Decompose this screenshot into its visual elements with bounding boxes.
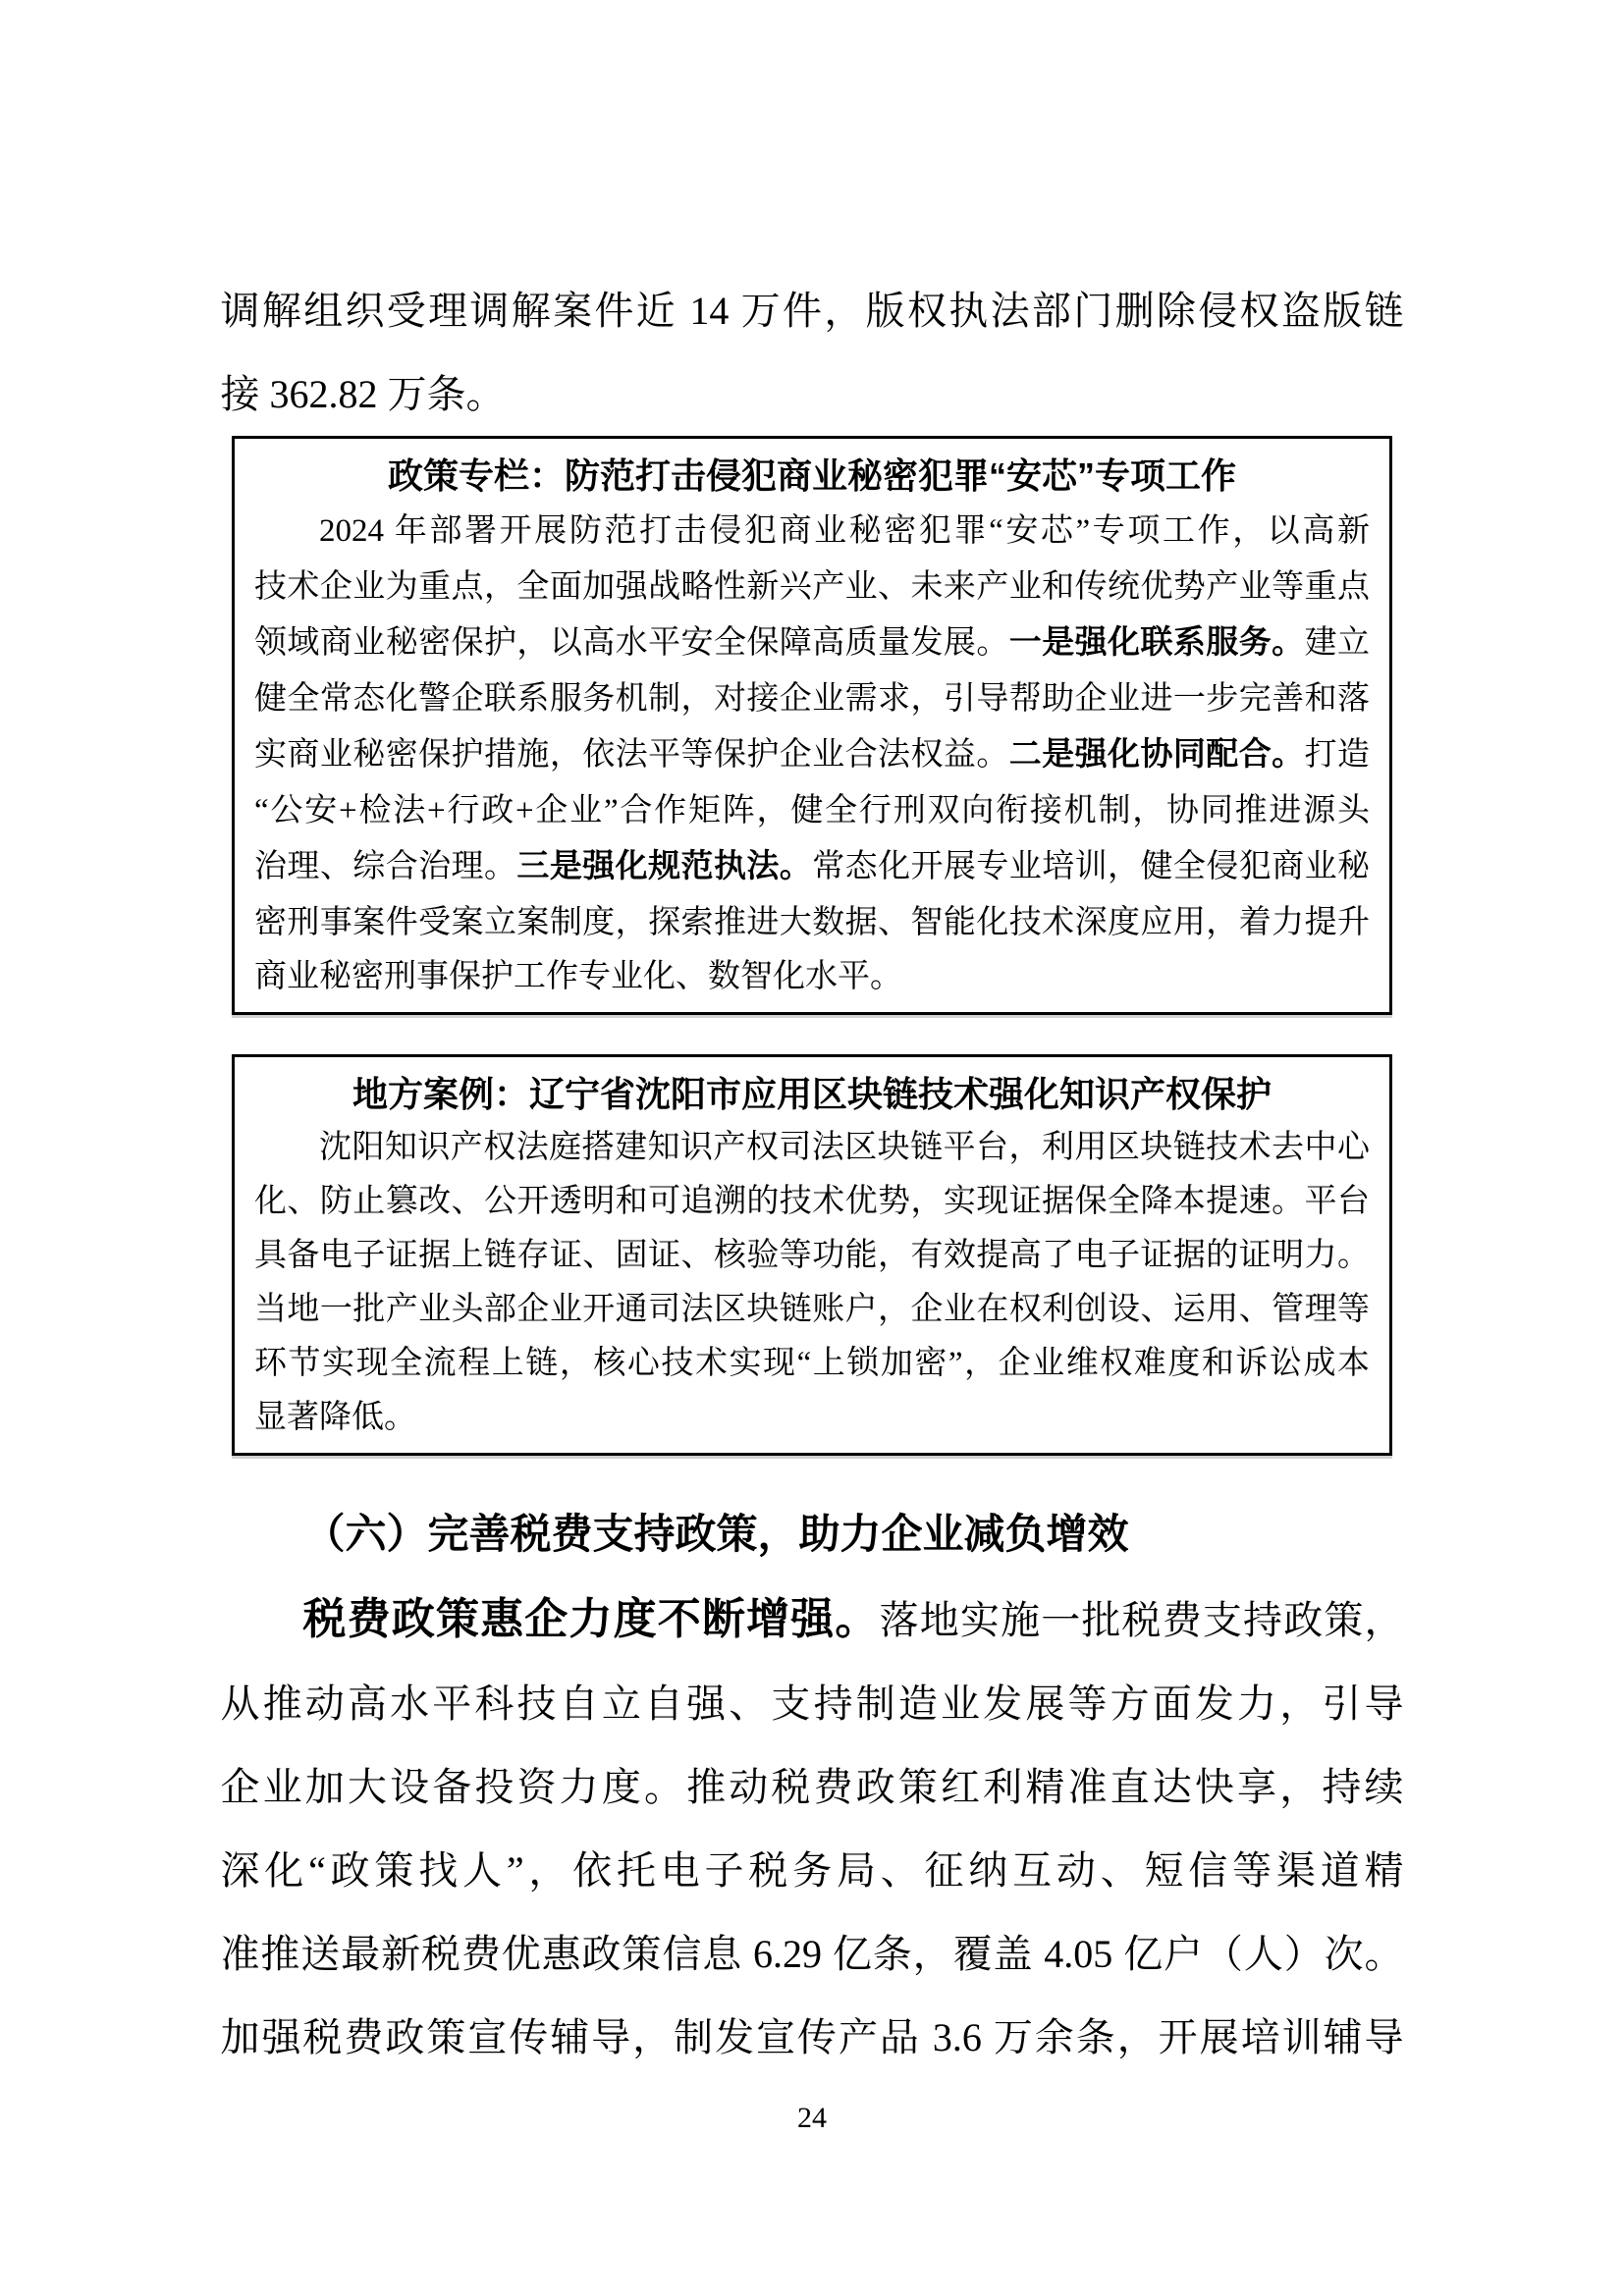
page-content: 调解组织受理调解案件近 14 万件，版权执法部门删除侵权盗版链 接 362.82…	[221, 0, 1404, 2079]
page-number: 24	[0, 2101, 1624, 2136]
line-bold-text: 一是强化联系服务。	[1009, 623, 1305, 660]
policy-box-line: 实商业秘密保护措施，依法平等保护企业合法权益。二是强化协同配合。打造	[254, 726, 1370, 782]
policy-box-line: “公安+检法+行政+企业”合作矩阵，健全行刑双向衔接机制，协同推进源头	[254, 782, 1370, 838]
policy-box-line: 2024 年部署开展防范打击侵犯商业秘密犯罪“安芯”专项工作，以高新	[254, 503, 1370, 559]
line-text: 建立	[1305, 625, 1370, 661]
line-text: 打造	[1305, 737, 1370, 773]
case-box-line: 显著降低。	[254, 1391, 1370, 1445]
section-heading: （六）完善税费支持政策，助力企业减负增效	[221, 1494, 1404, 1577]
intro-line: 接 362.82 万条。	[221, 352, 1404, 436]
intro-paragraph: 调解组织受理调解案件近 14 万件，版权执法部门删除侵权盗版链 接 362.82…	[221, 269, 1404, 436]
line-text: 常态化开展专业培训，健全侵犯商业秘	[812, 849, 1370, 884]
policy-box-line: 技术企业为重点，全面加强战略性新兴产业、未来产业和传统优势产业等重点	[254, 559, 1370, 614]
intro-line: 调解组织受理调解案件近 14 万件，版权执法部门删除侵权盗版链	[221, 269, 1404, 352]
case-box-line: 当地一批产业头部企业开通司法区块链账户，企业在权利创设、运用、管理等	[254, 1283, 1370, 1337]
tax-line: 从推动高水平科技自立自强、支持制造业发展等方面发力，引导	[221, 1662, 1404, 1745]
line-text: 技术企业为重点，全面加强战略性新兴产业、未来产业和传统优势产业等重点	[254, 569, 1370, 605]
line-text: 健全常态化警企联系服务机制，对接企业需求，引导帮助企业进一步完善和落	[254, 681, 1370, 717]
case-box-title: 地方案例：辽宁省沈阳市应用区块链技术强化知识产权保护	[254, 1067, 1370, 1121]
line-bold-text: 二是强化协同配合。	[1009, 735, 1305, 772]
case-box: 地方案例：辽宁省沈阳市应用区块链技术强化知识产权保护 沈阳知识产权法庭搭建知识产…	[232, 1054, 1392, 1456]
case-box-line: 环节实现全流程上链，核心技术实现“上锁加密”，企业维权难度和诉讼成本	[254, 1337, 1370, 1391]
tax-line: 深化“政策找人”，依托电子税务局、征纳互动、短信等渠道精	[221, 1829, 1404, 1912]
line-text: 落地实施一批税费支持政策，	[880, 1598, 1404, 1642]
tax-line: 企业加大设备投资力度。推动税费政策红利精准直达快享，持续	[221, 1745, 1404, 1829]
tax-paragraph: 税费政策惠企力度不断增强。落地实施一批税费支持政策， 从推动高水平科技自立自强、…	[221, 1577, 1404, 2079]
case-box-line: 化、防止篡改、公开透明和可追溯的技术优势，实现证据保全降本提速。平台	[254, 1175, 1370, 1229]
policy-box-line: 健全常态化警企联系服务机制，对接企业需求，引导帮助企业进一步完善和落	[254, 670, 1370, 726]
policy-box-line: 领域商业秘密保护，以高水平安全保障高质量发展。一是强化联系服务。建立	[254, 614, 1370, 670]
line-text: 领域商业秘密保护，以高水平安全保障高质量发展。	[254, 625, 1009, 661]
paragraph-lead-bold: 税费政策惠企力度不断增强。	[303, 1595, 880, 1643]
line-text: 商业秘密刑事保护工作专业化、数智化水平。	[254, 959, 902, 994]
line-text: 治理、综合治理。	[254, 849, 516, 884]
policy-box-line: 商业秘密刑事保护工作专业化、数智化水平。	[254, 950, 1370, 1004]
line-bold-text: 三是强化规范执法。	[516, 847, 812, 883]
line-text: “公安+检法+行政+企业”合作矩阵，健全行刑双向衔接机制，协同推进源头	[254, 793, 1370, 828]
policy-box-line: 密刑事案件受案立案制度，探索推进大数据、智能化技术深度应用，着力提升	[254, 894, 1370, 950]
tax-line: 加强税费政策宣传辅导，制发宣传产品 3.6 万余条，开展培训辅导	[221, 1996, 1404, 2079]
document-page: 调解组织受理调解案件近 14 万件，版权执法部门删除侵权盗版链 接 362.82…	[0, 0, 1624, 2296]
line-text: 密刑事案件受案立案制度，探索推进大数据、智能化技术深度应用，着力提升	[254, 905, 1370, 940]
policy-box: 政策专栏：防范打击侵犯商业秘密犯罪“安芯”专项工作 2024 年部署开展防范打击…	[232, 436, 1392, 1015]
case-box-line: 沈阳知识产权法庭搭建知识产权司法区块链平台，利用区块链技术去中心	[254, 1121, 1370, 1175]
tax-line: 税费政策惠企力度不断增强。落地实施一批税费支持政策，	[221, 1577, 1404, 1662]
tax-line: 准推送最新税费优惠政策信息 6.29 亿条，覆盖 4.05 亿户（人）次。	[221, 1912, 1404, 1996]
line-text: 2024 年部署开展防范打击侵犯商业秘密犯罪“安芯”专项工作，以高新	[319, 513, 1370, 549]
policy-box-title: 政策专栏：防范打击侵犯商业秘密犯罪“安芯”专项工作	[254, 449, 1370, 503]
case-box-line: 具备电子证据上链存证、固证、核验等功能，有效提高了电子证据的证明力。	[254, 1229, 1370, 1283]
line-text: 实商业秘密保护措施，依法平等保护企业合法权益。	[254, 737, 1009, 773]
policy-box-line: 治理、综合治理。三是强化规范执法。常态化开展专业培训，健全侵犯商业秘	[254, 838, 1370, 894]
